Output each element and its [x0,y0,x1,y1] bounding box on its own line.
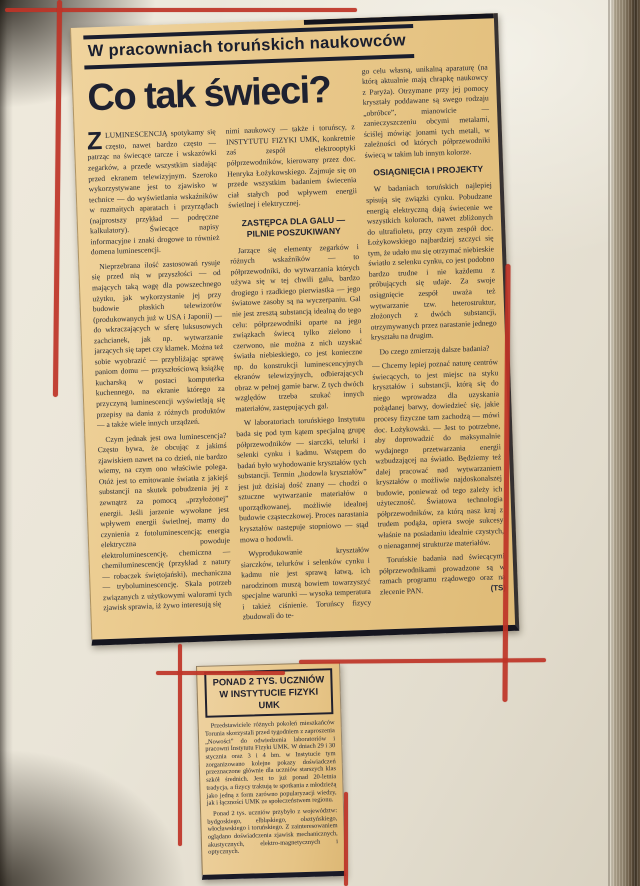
red-marker-cross-horizontal [156,671,285,675]
book-binding-shadow [0,0,13,886]
article-paragraph: Czym jednak jest owa luminescencja? Częs… [97,430,232,614]
kicker-box: W pracowniach toruńskich naukowców [83,24,414,69]
red-marker-line-right-horiz [299,658,546,664]
article-columns: Z LUMINESCENCJĄ spotykamy się często, na… [87,122,372,632]
article-paragraph: — Chcemy lepiej poznać naturę centrów św… [372,358,505,552]
article-paragraph: Nieprzebrana ilość zastosowań rysuje się… [91,258,226,431]
article-paragraph: W badaniach toruńskich najlepiej spisują… [366,181,497,344]
column-subhead: OSIĄGNIĘCIA I PROJEKTY [368,164,488,179]
article-column-2: nimi naukowcy — także i toruńscy, z INST… [226,122,372,627]
article-paragraph: Do czego zmierzają dalsze badania? [371,343,497,358]
newspaper-clipping-main: W pracowniach toruńskich naukowców Co ta… [70,13,519,646]
red-marker-line-left [53,0,62,397]
article-paragraph: nimi naukowcy — także i toruńscy, z INST… [226,122,358,211]
article-paragraph: Wyprodukowanie kryształów siarczków, tel… [240,545,371,623]
article-paragraph: Ponad 2 tys. uczniów przybyło z wojewódz… [207,807,338,857]
article-paragraph: W laboratoriach toruńskiego Instytutu ba… [236,414,369,545]
book-fore-edge [610,0,640,886]
article-paragraph: Toruńskie badania nad świecącymi półprze… [379,551,506,598]
article-paragraph: Przedstawiciele różnych pokoleń mieszkań… [205,719,337,807]
article-column-3: go celu własną, unikalną aparaturę (na k… [362,62,507,622]
headline: Co tak świeci? [87,69,354,120]
notice-body: Przedstawiciele różnych pokoleń mieszkań… [205,719,339,857]
article-paragraph: Jarzące się elementy zegarków i różnych … [230,242,365,415]
red-marker-line-bottom [344,792,348,886]
newspaper-clipping-notice: PONAD 2 TYS. UCZNIÓW W INSTYTUCIE FIZYKI… [196,662,346,880]
article-body: Co tak świeci? Z LUMINESCENCJĄ spotykamy… [85,60,507,632]
article-paragraph: go celu własną, unikalną aparaturę (na k… [362,62,491,161]
notice-title: PONAD 2 TYS. UCZNIÓW W INSTYTUCIE FIZYKI… [204,668,333,718]
article-column-1: Z LUMINESCENCJĄ spotykamy się często, na… [87,127,233,632]
article-left-part: Co tak świeci? Z LUMINESCENCJĄ spotykamy… [85,65,372,632]
column-subhead: ZASTĘPCA DLA GALU — PILNIE POSZUKIWANY [232,214,356,240]
red-marker-cross-vertical [178,644,182,846]
article-paragraph: Z LUMINESCENCJĄ spotykamy się często, na… [87,127,220,258]
